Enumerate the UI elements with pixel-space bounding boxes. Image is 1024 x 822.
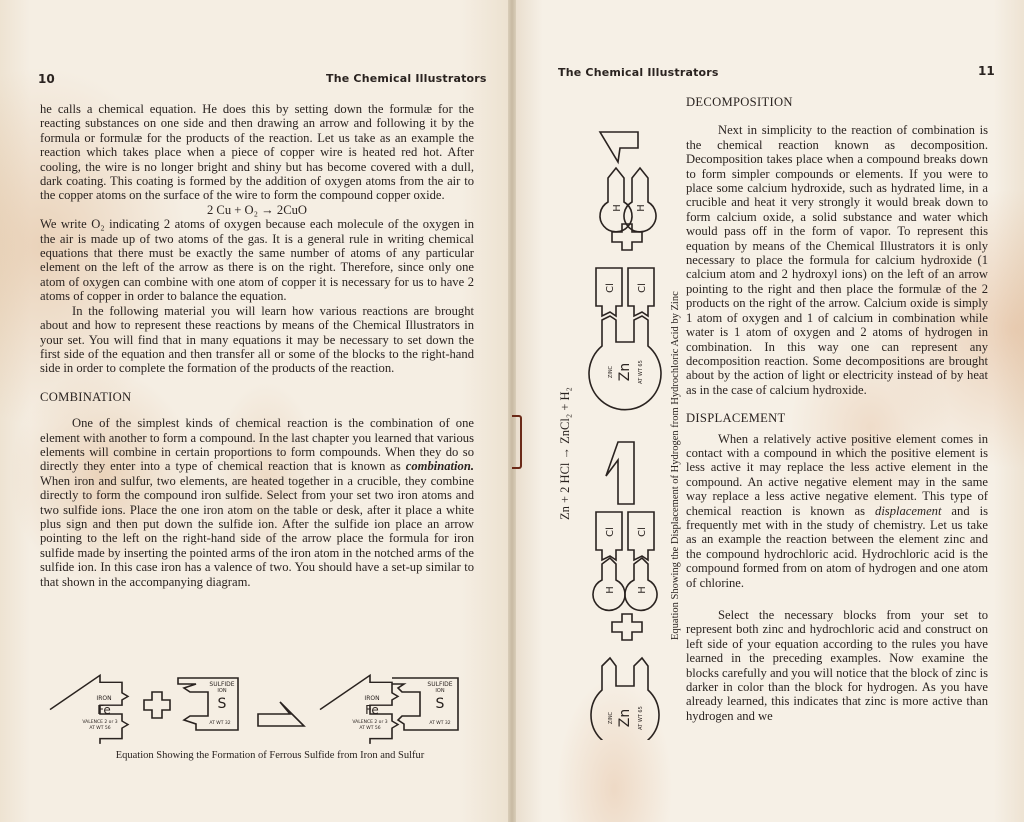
book-spread: 10 The Chemical Illustrators he calls a … <box>0 0 1024 822</box>
svg-text:H: H <box>637 586 648 594</box>
svg-text:Cl: Cl <box>637 283 648 293</box>
svg-text:Fe: Fe <box>97 703 111 717</box>
svg-text:Cl: Cl <box>637 527 648 537</box>
svg-text:IRON: IRON <box>364 695 379 702</box>
svg-text:ZINC: ZINC <box>608 365 614 378</box>
svg-text:ION: ION <box>217 688 226 694</box>
equation: 2 Cu + O₂ → 2CuO <box>40 203 474 217</box>
svg-text:ZINC: ZINC <box>608 711 614 724</box>
svg-text:AT WT 65: AT WT 65 <box>638 706 644 730</box>
ferrous-sulfide-diagram: IRON Fe VALENCE 2 or 3 AT WT 56 SULFIDE … <box>48 670 468 750</box>
arrow-icon <box>600 132 638 162</box>
svg-text:Zn: Zn <box>617 709 633 727</box>
svg-text:H: H <box>605 586 616 594</box>
svg-text:ION: ION <box>435 688 444 694</box>
paragraph: One of the simplest kinds of chemical re… <box>40 416 474 589</box>
book-gutter <box>508 0 516 822</box>
svg-text:AT WT 65: AT WT 65 <box>638 360 644 384</box>
svg-text:Fe: Fe <box>365 703 379 717</box>
svg-text:SULFIDE: SULFIDE <box>427 681 452 688</box>
section-heading: COMBINATION <box>40 390 474 404</box>
running-head: The Chemical Illustrators <box>558 66 719 79</box>
svg-text:AT WT 56: AT WT 56 <box>89 725 110 731</box>
svg-text:AT WT 32: AT WT 32 <box>209 720 230 726</box>
hydrogen-block-icon <box>600 168 632 232</box>
arrow-icon <box>258 702 304 726</box>
body-text: DECOMPOSITION Next in simplicity to the … <box>686 95 988 723</box>
iron-sulfide-block-icon <box>320 675 398 744</box>
svg-text:AT WT 32: AT WT 32 <box>429 720 450 726</box>
page-number: 10 <box>38 72 55 86</box>
iron-block-icon <box>50 675 128 744</box>
body-text: he calls a chemical equation. He does th… <box>40 102 474 589</box>
svg-text:IRON: IRON <box>96 695 111 702</box>
hydrogen-block-icon <box>593 558 625 610</box>
page-number: 11 <box>978 64 995 78</box>
hydrogen-block-icon <box>624 168 656 232</box>
running-head: The Chemical Illustrators <box>326 72 487 85</box>
paragraph: When a relatively active positive elemen… <box>686 432 988 590</box>
svg-text:VALENCE 2 or 3: VALENCE 2 or 3 <box>82 719 117 725</box>
svg-text:H: H <box>612 204 623 212</box>
figure-caption: Equation Showing the Formation of Ferrou… <box>60 750 480 761</box>
svg-text:VALENCE 2 or 3: VALENCE 2 or 3 <box>352 719 387 725</box>
paragraph: Select the necessary blocks from your se… <box>686 608 988 723</box>
staple <box>512 415 522 469</box>
svg-text:Cl: Cl <box>605 527 616 537</box>
svg-text:AT WT 56: AT WT 56 <box>359 725 380 731</box>
arrow-icon <box>606 442 634 504</box>
left-page: 10 The Chemical Illustrators he calls a … <box>0 0 512 822</box>
svg-text:H: H <box>636 204 647 212</box>
paragraph: he calls a chemical equation. He does th… <box>40 102 474 203</box>
section-heading: DECOMPOSITION <box>686 95 988 109</box>
emphasis: combination. <box>406 459 474 473</box>
svg-text:S: S <box>436 696 445 712</box>
zinc-displacement-diagram: H H Cl Cl Zn ZINC AT WT 65 Cl Cl H H Zn … <box>582 120 672 740</box>
svg-text:Cl: Cl <box>605 283 616 293</box>
figure-caption: Equation Showing the Displacement of Hyd… <box>670 291 681 640</box>
svg-text:S: S <box>218 696 227 712</box>
right-page: The Chemical Illustrators 11 DECOMPOSITI… <box>512 0 1024 822</box>
emphasis: displacement <box>875 504 941 518</box>
paragraph: We write O₂ indicating 2 atoms of oxygen… <box>40 217 474 303</box>
paragraph: In the following material you will learn… <box>40 304 474 376</box>
plus-icon <box>144 692 170 718</box>
svg-text:SULFIDE: SULFIDE <box>209 681 234 688</box>
paragraph: Next in simplicity to the reaction of co… <box>686 123 988 397</box>
hydrogen-block-icon <box>625 558 657 610</box>
svg-text:Zn: Zn <box>617 363 633 381</box>
displacement-equation: Zn + 2 HCl → ZnCl₂ + H₂ <box>558 387 573 520</box>
plus-icon <box>612 614 642 640</box>
section-heading: DISPLACEMENT <box>686 411 988 425</box>
